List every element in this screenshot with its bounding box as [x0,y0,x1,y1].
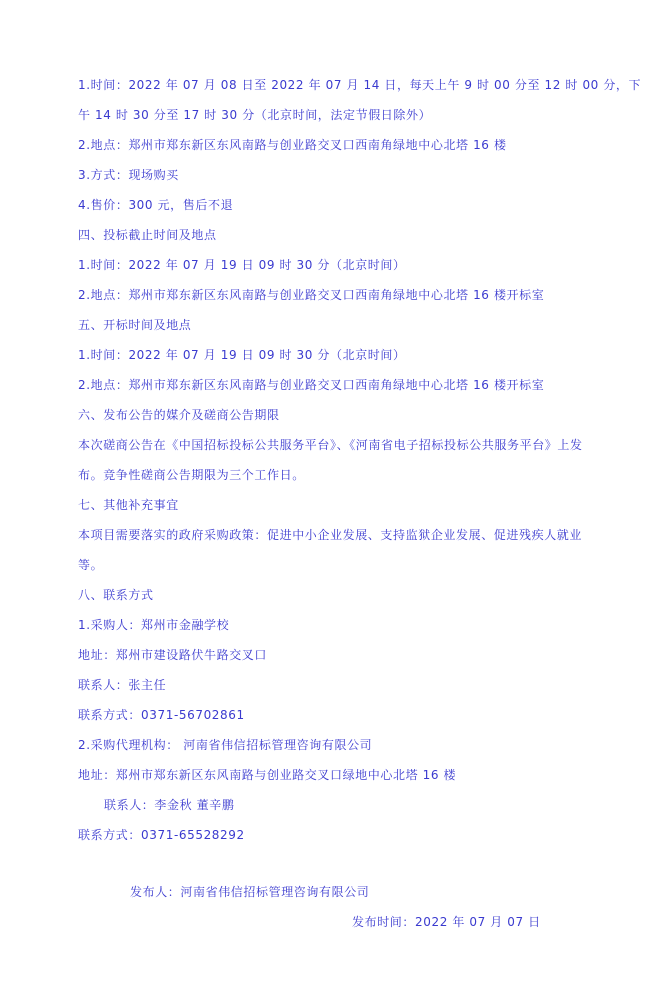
purchase-method: 3.方式：现场购买 [78,167,179,183]
buyer-contact-person: 联系人：张主任 [78,677,166,693]
buyer-address: 地址：郑州市建设路伏牛路交叉口 [78,647,267,663]
media-paragraph-line-1: 本次磋商公告在《中国招标投标公共服务平台》、《河南省电子招标投标公共服务平台》上… [78,437,583,453]
agency-address: 地址：郑州市郑东新区东风南路与创业路交叉口绿地中心北塔 16 楼 [78,767,456,783]
purchase-time-line-1: 1.时间：2022 年 07 月 08 日至 2022 年 07 月 14 日，… [78,77,641,93]
section-heading-bid-opening: 五、开标时间及地点 [78,317,191,333]
opening-location: 2.地点：郑州市郑东新区东风南路与创业路交叉口西南角绿地中心北塔 16 楼开标室 [78,377,544,393]
publisher: 发布人：河南省伟信招标管理咨询有限公司 [130,884,369,900]
policy-paragraph-line-2: 等。 [78,557,103,573]
agency-name: 2.采购代理机构： 河南省伟信招标管理咨询有限公司 [78,737,372,753]
deadline-time: 1.时间：2022 年 07 月 19 日 09 时 30 分（北京时间） [78,257,406,273]
purchase-time-line-2: 午 14 时 30 分至 17 时 30 分（北京时间，法定节假日除外） [78,107,431,123]
section-heading-bid-deadline: 四、投标截止时间及地点 [78,227,217,243]
deadline-location: 2.地点：郑州市郑东新区东风南路与创业路交叉口西南角绿地中心北塔 16 楼开标室 [78,287,544,303]
buyer-name: 1.采购人：郑州市金融学校 [78,617,229,633]
publish-date: 发布时间：2022 年 07 月 07 日 [352,914,541,930]
agency-phone: 联系方式：0371-65528292 [78,827,245,843]
document-page: 1.时间：2022 年 07 月 08 日至 2022 年 07 月 14 日，… [0,0,671,995]
section-heading-contact: 八、联系方式 [78,587,154,603]
opening-time: 1.时间：2022 年 07 月 19 日 09 时 30 分（北京时间） [78,347,406,363]
section-heading-other: 七、其他补充事宜 [78,497,179,513]
policy-paragraph-line-1: 本项目需要落实的政府采购政策：促进中小企业发展、支持监狱企业发展、促进残疾人就业 [78,527,582,543]
purchase-price: 4.售价：300 元，售后不退 [78,197,233,213]
purchase-location: 2.地点：郑州市郑东新区东风南路与创业路交叉口西南角绿地中心北塔 16 楼 [78,137,507,153]
media-paragraph-line-2: 布。竞争性磋商公告期限为三个工作日。 [78,467,305,483]
agency-contact-person: 联系人：李金秋 董辛鹏 [104,797,234,813]
section-heading-media: 六、发布公告的媒介及磋商公告期限 [78,407,280,423]
buyer-phone: 联系方式：0371-56702861 [78,707,245,723]
